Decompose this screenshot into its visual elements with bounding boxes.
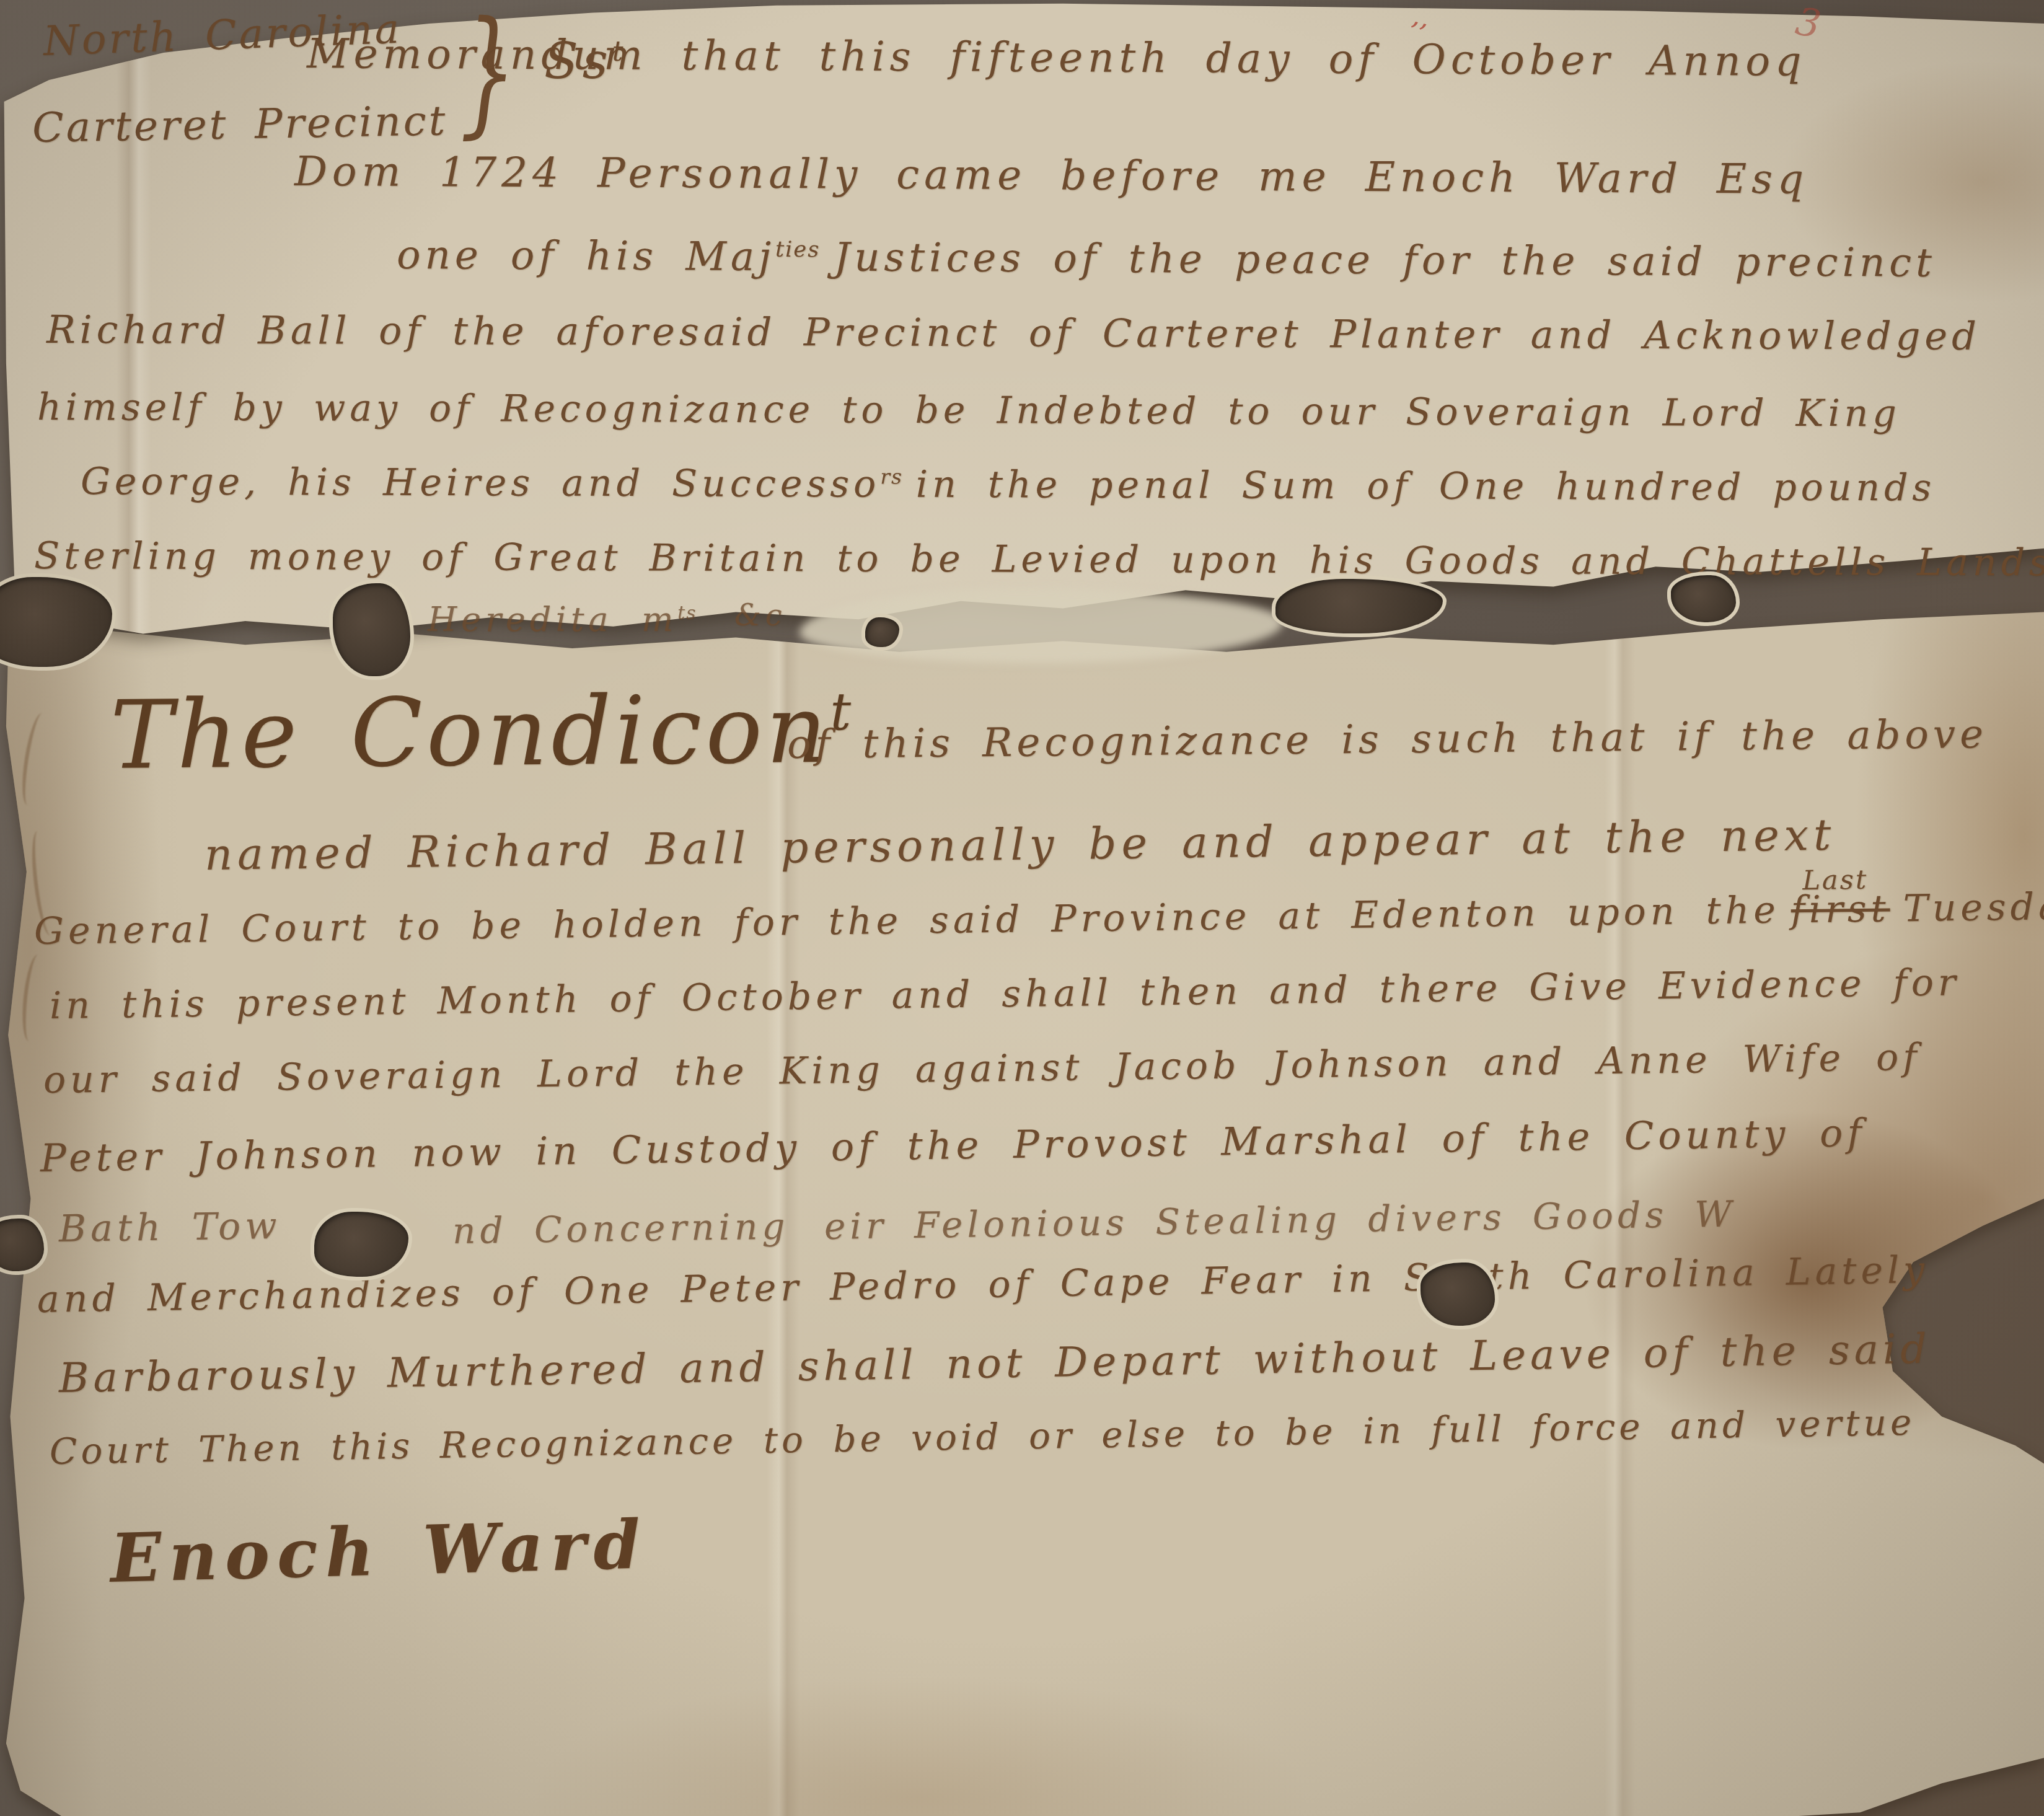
manuscript-line-fragment: Heredita (428, 600, 613, 639)
manuscript-line: Court Then this Recognizance to be void … (49, 1401, 1915, 1473)
manuscript-line: one of his MajtiesJustices of the peace … (397, 232, 1936, 286)
manuscript-line-segment: one of his Maj (397, 232, 775, 280)
edited-word: firstLast (1791, 887, 1890, 932)
manuscript-line: Richard Ball of the aforesaid Precinct o… (46, 307, 1981, 359)
manuscript-line-fragment: eir Felonious Stealing divers Goods W (824, 1192, 1737, 1248)
backdrop: North Carolina Carteret Precinct } Sst ’… (0, 0, 2044, 1816)
manuscript-line-segment: Justices of the peace for the said preci… (834, 235, 1936, 286)
manuscript-line: our said Soveraign Lord the King against… (43, 1036, 1921, 1102)
manuscript-line: Sterling money of Great Britain to be Le… (34, 534, 2044, 584)
manuscript-line-segment: Tuesday (1903, 884, 2044, 930)
manuscript-line: Memorandum that this fifteenth day of Oc… (307, 30, 1807, 86)
condition-heading-text: The Condicon (110, 674, 830, 790)
manuscript-line-segment: George, his Heires and Successo (81, 460, 880, 506)
manuscript-line-segment: m (641, 600, 677, 639)
manuscript-line: Dom 1724 Personally came before me Enoch… (294, 148, 1809, 203)
manuscript-line: Peter Johnson now in Custody of the Prov… (40, 1110, 1866, 1181)
condition-heading: The Condicont (110, 674, 853, 790)
manuscript-line: General Court to be holden for the said … (34, 884, 2044, 953)
manuscript-line: George, his Heires and Successorsin the … (81, 460, 1936, 509)
manuscript-line: in this present Month of October and sha… (50, 961, 1960, 1028)
superscript-abbreviation: ties (775, 237, 820, 262)
manuscript-text: North Carolina Carteret Precinct } Sst ’… (0, 0, 2044, 1816)
manuscript-line: Barbarously Murthered and shall not Depa… (58, 1325, 1931, 1402)
manuscript-line: named Richard Ball personally be and app… (204, 809, 1836, 880)
superscript-abbreviation: ts (677, 602, 697, 624)
manuscript-line-segment: General Court to be holden for the said … (34, 889, 1781, 953)
manuscript-line-fragment: Bath Tow (59, 1204, 281, 1251)
superscript-abbreviation: rs (880, 465, 903, 489)
manuscript-line-segment: in the penal Sum of One hundred pounds (916, 463, 1936, 510)
manuscript-line: of this Recognizance is such that if the… (787, 712, 1988, 768)
manuscript-line-fragment: mts (641, 600, 697, 639)
manuscript-line: himself by way of Recognizance to be Ind… (37, 386, 1901, 435)
manuscript-line-fragment: &c (734, 598, 786, 633)
heading-place-line2: Carteret Precinct (32, 97, 447, 152)
signature: Enoch Ward (109, 1505, 648, 1598)
inserted-word: Last (1802, 865, 1869, 896)
manuscript-line-fragment: nd Concerning (452, 1205, 790, 1252)
